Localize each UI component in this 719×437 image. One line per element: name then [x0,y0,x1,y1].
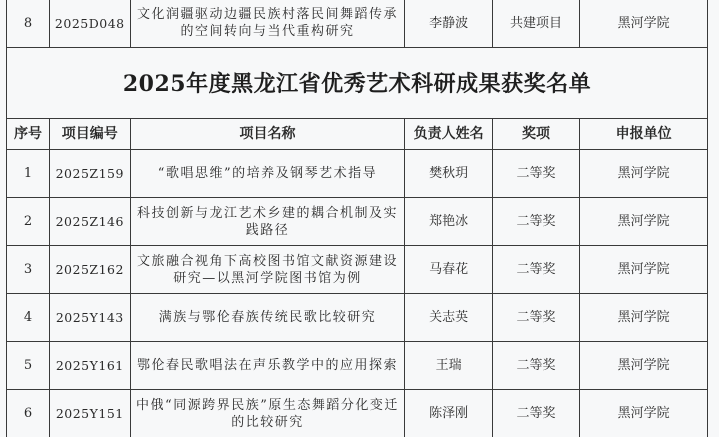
award-type: 二等奖 [492,294,579,342]
person-name: 郑艳冰 [405,198,492,246]
title-block: 2025年度黑龙江省优秀艺术科研成果获奖名单 [6,47,708,118]
page-title: 2025年度黑龙江省优秀艺术科研成果获奖名单 [123,67,591,98]
unit-name: 黑河学院 [580,198,708,246]
project-name: 文化润疆驱动边疆民族村落民间舞蹈传承的空间转向与当代重构研究 [130,0,405,48]
person-name: 王瑞 [405,342,492,390]
table-row: 2 2025Z146 科技创新与龙江艺术乡建的耦合机制及实践路径 郑艳冰 二等奖… [7,198,708,246]
project-code: 2025Y143 [50,294,131,342]
table-row: 8 2025D048 文化润疆驱动边疆民族村落民间舞蹈传承的空间转向与当代重构研… [7,0,708,48]
unit-name: 黑河学院 [580,150,708,198]
unit-name: 黑河学院 [580,294,708,342]
document-page: 8 2025D048 文化润疆驱动边疆民族村落民间舞蹈传承的空间转向与当代重构研… [0,0,719,437]
award-type: 共建项目 [492,0,579,48]
award-type: 二等奖 [492,390,579,437]
table-row: 6 2025Y151 中俄“同源跨界民族”原生态舞蹈分化变迁的比较研究 陈泽刚 … [7,390,708,437]
row-number: 2 [7,198,50,246]
person-name: 马春花 [405,246,492,294]
row-number: 5 [7,342,50,390]
project-name: 中俄“同源跨界民族”原生态舞蹈分化变迁的比较研究 [130,390,405,437]
unit-name: 黑河学院 [580,342,708,390]
row-number: 4 [7,294,50,342]
project-name: 满族与鄂伦春族传统民歌比较研究 [130,294,405,342]
header-unit: 申报单位 [580,119,708,150]
header-code: 项目编号 [50,119,131,150]
award-type: 二等奖 [492,246,579,294]
header-award: 奖项 [492,119,579,150]
row-number: 3 [7,246,50,294]
project-code: 2025Z159 [50,150,131,198]
award-table: 序号 项目编号 项目名称 负责人姓名 奖项 申报单位 1 2025Z159 “歌… [6,118,708,437]
unit-name: 黑河学院 [580,246,708,294]
person-name: 李静波 [405,0,492,48]
table-row: 3 2025Z162 文旅融合视角下高校图书馆文献资源建设研究—以黑河学院图书馆… [7,246,708,294]
table-row: 4 2025Y143 满族与鄂伦春族传统民歌比较研究 关志英 二等奖 黑河学院 [7,294,708,342]
table-header-row: 序号 项目编号 项目名称 负责人姓名 奖项 申报单位 [7,119,708,150]
project-name: 科技创新与龙江艺术乡建的耦合机制及实践路径 [130,198,405,246]
award-type: 二等奖 [492,342,579,390]
project-name: “歌唱思维”的培养及钢琴艺术指导 [130,150,405,198]
project-code: 2025Z146 [50,198,131,246]
header-name: 项目名称 [130,119,405,150]
previous-table-fragment: 8 2025D048 文化润疆驱动边疆民族村落民间舞蹈传承的空间转向与当代重构研… [6,0,708,48]
table-row: 1 2025Z159 “歌唱思维”的培养及钢琴艺术指导 樊秋玥 二等奖 黑河学院 [7,150,708,198]
person-name: 陈泽刚 [405,390,492,437]
award-type: 二等奖 [492,150,579,198]
project-code: 2025Z162 [50,246,131,294]
project-code: 2025D048 [50,0,131,48]
person-name: 关志英 [405,294,492,342]
table-row: 5 2025Y161 鄂伦春民歌唱法在声乐教学中的应用探索 王瑞 二等奖 黑河学… [7,342,708,390]
unit-name: 黑河学院 [580,390,708,437]
project-name: 文旅融合视角下高校图书馆文献资源建设研究—以黑河学院图书馆为例 [130,246,405,294]
header-no: 序号 [7,119,50,150]
project-code: 2025Y161 [50,342,131,390]
header-person: 负责人姓名 [405,119,492,150]
unit-name: 黑河学院 [580,0,708,48]
project-code: 2025Y151 [50,390,131,437]
award-type: 二等奖 [492,198,579,246]
row-number: 1 [7,150,50,198]
project-name: 鄂伦春民歌唱法在声乐教学中的应用探索 [130,342,405,390]
person-name: 樊秋玥 [405,150,492,198]
row-number: 8 [7,0,50,48]
row-number: 6 [7,390,50,437]
